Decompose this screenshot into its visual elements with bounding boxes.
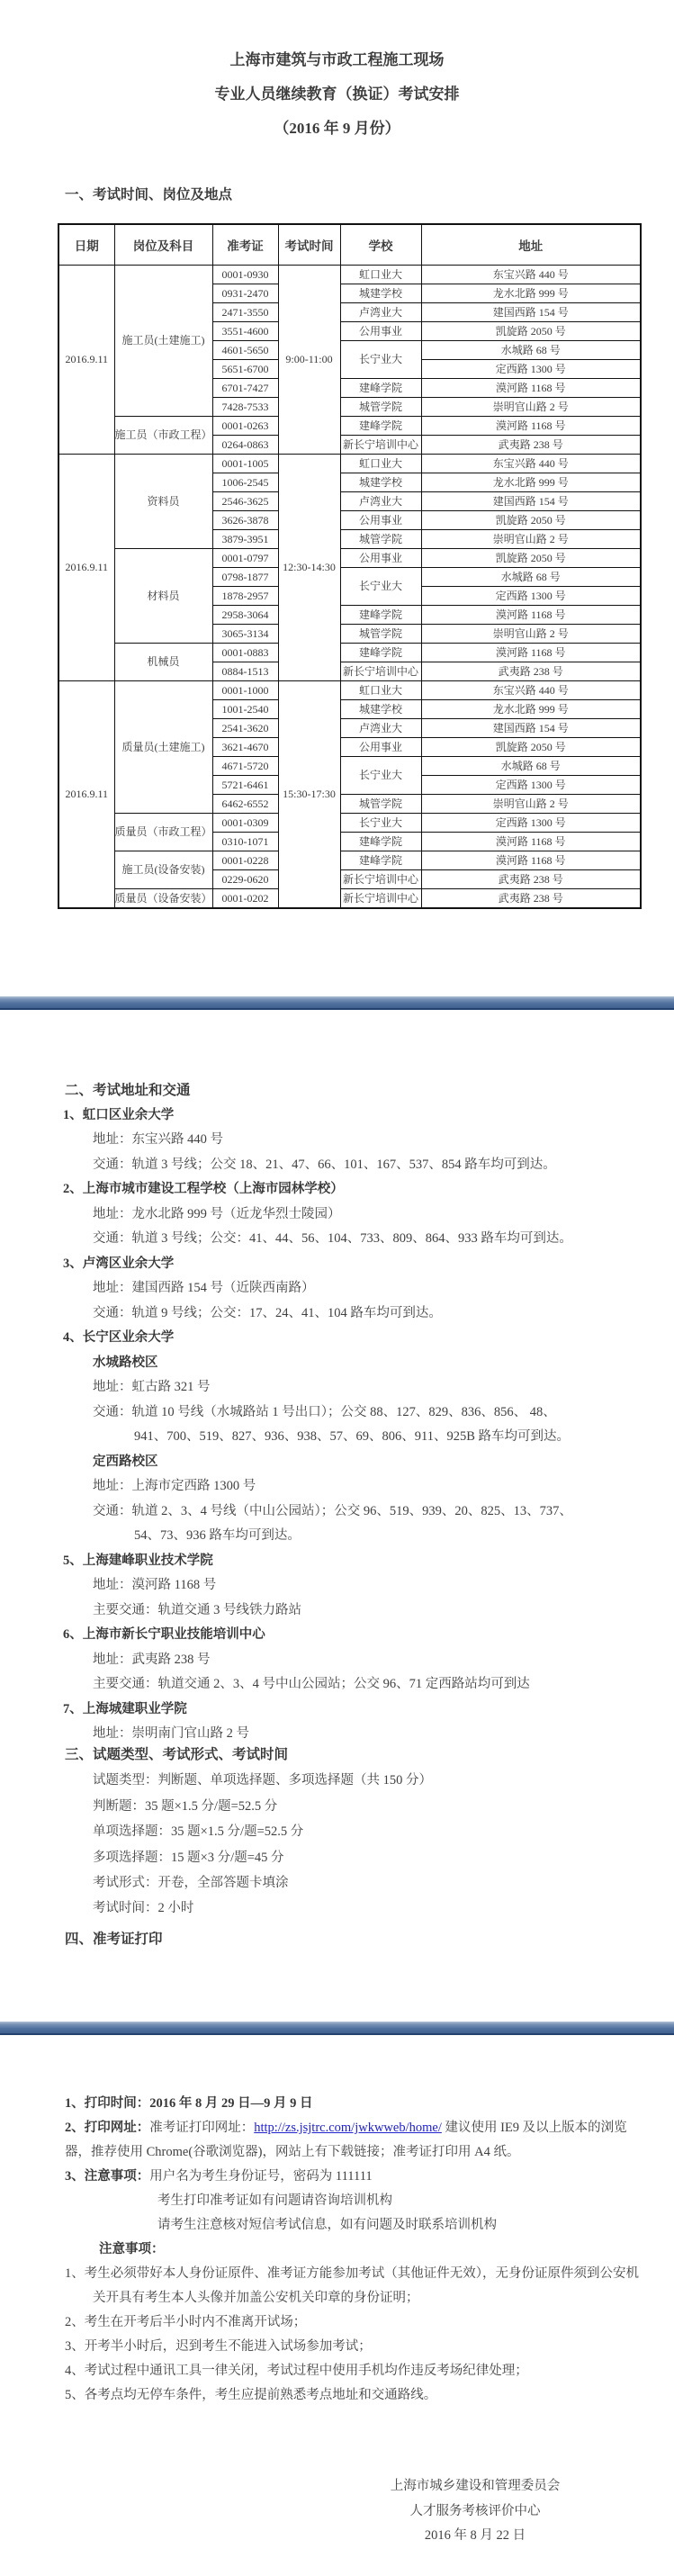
table-cell: 2546-3625 [212,492,278,511]
print-info-line: 考生打印准考证如有问题请咨询培训机构 [58,2189,648,2213]
column-header: 学校 [340,224,421,266]
table-cell: 3626-3878 [212,511,278,530]
venue-line: 地址：龙水北路 999 号（近龙华烈士陵园） [58,1202,662,1228]
table-cell: 崇明官山路 2 号 [421,530,641,549]
text-run: 3、注意事项： [65,2169,149,2184]
table-cell: 公用事业 [340,738,421,757]
table-cell: 凯旋路 2050 号 [421,511,641,530]
column-header: 考试时间 [278,224,340,266]
table-row: 质量员（市政工程）0001-0309长宁业大定西路 1300 号 [58,814,641,833]
table-cell: 3065-3134 [212,625,278,644]
document-title: 上海市建筑与市政工程施工现场 专业人员继续教育（换证）考试安排 （2016 年 … [0,43,674,146]
print-info-line: 5、各考点均无停车条件，考生应提前熟悉考点地址和交通路线。 [58,2383,648,2408]
table-cell: 东宝兴路 440 号 [421,266,641,284]
table-cell: 材料员 [114,549,212,644]
table-cell: 虹口业大 [340,266,421,284]
table-cell: 0798-1877 [212,568,278,587]
table-cell: 2541-3620 [212,719,278,738]
text-run: 1、打印时间： [65,2096,149,2111]
venue-title: 6、上海市新长宁职业技能培训中心 [58,1623,662,1648]
table-cell: 5651-6700 [212,360,278,379]
title-line-1: 上海市建筑与市政工程施工现场 [0,43,674,77]
venue-line: 交通：轨道 10 号线（水城路站 1 号出口）；公交 88、127、829、83… [58,1401,662,1426]
table-cell: 新长宁培训中心 [340,889,421,909]
table-cell: 0001-1000 [212,681,278,700]
table-cell: 定西路 1300 号 [421,587,641,606]
venue-title: 7、上海城建职业学院 [58,1698,662,1723]
venue-line: 地址：东宝兴路 440 号 [58,1128,662,1153]
table-cell: 东宝兴路 440 号 [421,681,641,700]
table-cell: 武夷路 238 号 [421,870,641,889]
section-2: 二、考试地址和交通 1、虹口区业余大学地址：东宝兴路 440 号交通：轨道 3 … [58,1078,662,1747]
table-cell: 公用事业 [340,322,421,341]
table-cell: 7428-7533 [212,398,278,417]
text-run: 考生打印准考证如有问题请咨询培训机构 [157,2193,392,2208]
text-run: 5、各考点均无停车条件，考生应提前熟悉考点地址和交通路线。 [65,2388,436,2402]
document-footer: 上海市城乡建设和管理委员会 人才服务考核评价中心 2016 年 8 月 22 日 [378,2474,572,2549]
print-info-line: 请考生注意核对短信考试信息，如有问题及时联系培训机构 [58,2213,648,2238]
table-cell: 5721-6461 [212,776,278,795]
footer-org-line-2: 人才服务考核评价中心 [378,2499,572,2525]
section-2-heading: 二、考试地址和交通 [58,1078,662,1103]
table-cell: 凯旋路 2050 号 [421,549,641,568]
venue-title: 3、卢湾区业余大学 [58,1252,662,1277]
column-header: 准考证 [212,224,278,266]
table-cell: 漠河路 1168 号 [421,833,641,851]
venue-line: 主要交通：轨道交通 2、3、4 号中山公园站；公交 96、71 定西路站均可到达 [58,1672,662,1698]
table-cell: 水城路 68 号 [421,341,641,360]
table-cell: 4671-5720 [212,757,278,776]
table-cell: 4601-5650 [212,341,278,360]
table-cell: 建国西路 154 号 [421,303,641,322]
table-cell: 施工员(土建施工) [114,266,212,417]
column-header: 日期 [58,224,114,266]
table-cell: 15:30-17:30 [278,681,340,909]
text-run: 2、考生在开考后半小时内不准离开试场； [65,2315,306,2329]
table-cell: 定西路 1300 号 [421,360,641,379]
table-cell: 建峰学院 [340,833,421,851]
table-cell: 虹口业大 [340,681,421,700]
column-header: 岗位及科目 [114,224,212,266]
table-cell: 0001-0797 [212,549,278,568]
table-row: 材料员0001-0797公用事业凯旋路 2050 号 [58,549,641,568]
section-3: 三、试题类型、考试形式、考试时间 试题类型：判断题、单项选择题、多项选择题（共 … [58,1743,662,1922]
table-cell: 新长宁培训中心 [340,870,421,889]
table-cell: 施工员（市政工程） [114,417,212,455]
venue-line: 主要交通：轨道交通 3 号线铁力路站 [58,1599,662,1624]
table-cell: 水城路 68 号 [421,568,641,587]
table-cell: 龙水北路 999 号 [421,284,641,303]
table-cell: 0884-1513 [212,662,278,681]
print-info-line: 1、考生必须带好本人身份证原件、准考证方能参加考试（其他证件无效），无身份证原件… [58,2262,648,2310]
table-cell: 2471-3550 [212,303,278,322]
table-row: 施工员（市政工程）0001-0263建峰学院漠河路 1168 号 [58,417,641,436]
table-cell: 城管学院 [340,625,421,644]
table-cell: 机械员 [114,644,212,681]
separator-bar-top [0,996,674,1010]
venue-line: 地址：漠河路 1168 号 [58,1573,662,1599]
print-info-line: 1、打印时间：2016 年 8 月 29 日—9 月 9 日 [58,2092,648,2116]
table-cell: 9:00-11:00 [278,266,340,455]
exam-format-line: 试题类型：判断题、单项选择题、多项选择题（共 150 分） [58,1768,662,1793]
table-row: 质量员（设备安装）0001-0202新长宁培训中心武夷路 238 号 [58,889,641,909]
print-info-line: 2、考生在开考后半小时内不准离开试场； [58,2310,648,2335]
venue-line: 交通：轨道 3 号线；公交：41、44、56、104、733、809、864、9… [58,1227,662,1252]
table-cell: 6462-6552 [212,795,278,814]
table-cell: 长宁业大 [340,568,421,606]
table-cell: 6701-7427 [212,379,278,398]
table-cell: 长宁业大 [340,814,421,833]
table-row: 施工员(设备安装)0001-0228建峰学院漠河路 1168 号 [58,851,641,870]
table-cell: 0310-1071 [212,833,278,851]
venue-title: 4、长宁区业余大学 [58,1326,662,1351]
table-cell: 0001-0228 [212,851,278,870]
table-cell: 新长宁培训中心 [340,436,421,455]
separator-bar-bottom [0,2022,674,2035]
venue-line: 交通：轨道 2、3、4 号线（中山公园站）；公交 96、519、939、20、8… [58,1500,662,1525]
exam-format-line: 多项选择题：15 题×3 分/题=45 分 [58,1845,662,1870]
table-cell: 3551-4600 [212,322,278,341]
table-cell: 建国西路 154 号 [421,492,641,511]
venue-line: 地址：武夷路 238 号 [58,1648,662,1673]
table-cell: 质量员（市政工程） [114,814,212,851]
print-info-line: 3、开考半小时后，迟到考生不能进入试场参加考试； [58,2335,648,2359]
footer-org-line-1: 上海市城乡建设和管理委员会 [378,2474,572,2499]
text-run: 1、考生必须带好本人身份证原件、准考证方能参加考试（其他证件无效），无身份证原件… [65,2266,639,2305]
table-cell: 公用事业 [340,511,421,530]
venue-line: 941、700、519、827、936、938、57、69、806、911、92… [58,1425,662,1450]
table-cell: 0229-0620 [212,870,278,889]
table-cell: 建峰学院 [340,851,421,870]
table-cell: 新长宁培训中心 [340,662,421,681]
title-line-3: （2016 年 9 月份） [0,112,674,146]
table-cell: 1006-2545 [212,473,278,492]
text-run: 注意事项： [99,2242,165,2256]
venue-line: 地址：建国西路 154 号（近陕西南路） [58,1276,662,1302]
table-cell: 0001-0263 [212,417,278,436]
table-cell: 城管学院 [340,398,421,417]
text-run: 2、打印网址： [65,2121,149,2135]
print-info-line: 4、考试过程中通讯工具一律关闭，考试过程中使用手机均作违反考场纪律处理； [58,2359,648,2383]
table-cell: 2016.9.11 [58,681,114,909]
table-cell: 0001-1005 [212,455,278,473]
table-cell: 0001-0883 [212,644,278,662]
table-cell: 建峰学院 [340,644,421,662]
text-run: 2016 年 8 月 29 日—9 月 9 日 [149,2096,312,2111]
venue-line: 交通：轨道 3 号线；公交 18、21、47、66、101、167、537、85… [58,1153,662,1178]
table-cell: 漠河路 1168 号 [421,606,641,625]
table-cell: 东宝兴路 440 号 [421,455,641,473]
table-cell: 长宁业大 [340,341,421,379]
venue-line: 定西路校区 [58,1450,662,1475]
table-cell: 3879-3951 [212,530,278,549]
text-run: 3、开考半小时后，迟到考生不能进入试场参加考试； [65,2339,372,2354]
table-cell: 0001-0309 [212,814,278,833]
table-cell: 施工员(设备安装) [114,851,212,889]
venue-title: 1、虹口区业余大学 [58,1103,662,1129]
exam-format-line: 考试形式：开卷，全部答题卡填涂 [58,1870,662,1896]
table-cell: 3621-4670 [212,738,278,757]
venue-line: 地址：上海市定西路 1300 号 [58,1474,662,1500]
table-cell: 0931-2470 [212,284,278,303]
exam-format-line: 判断题：35 题×1.5 分/题=52.5 分 [58,1794,662,1819]
table-cell: 武夷路 238 号 [421,889,641,909]
table-row: 2016.9.11质量员(土建施工)0001-100015:30-17:30虹口… [58,681,641,700]
table-row: 2016.9.11施工员(土建施工)0001-09309:00-11:00虹口业… [58,266,641,284]
section-4-heading: 四、准考证打印 [65,1928,163,1948]
text-run: 请考生注意核对短信考试信息，如有问题及时联系培训机构 [157,2218,497,2232]
table-cell: 卢湾业大 [340,719,421,738]
table-cell: 虹口业大 [340,455,421,473]
table-cell: 城管学院 [340,795,421,814]
table-cell: 2958-3064 [212,606,278,625]
table-cell: 漠河路 1168 号 [421,851,641,870]
table-cell: 1878-2957 [212,587,278,606]
venue-line: 水城路校区 [58,1351,662,1376]
title-line-2: 专业人员继续教育（换证）考试安排 [0,77,674,112]
exam-format-line: 单项选择题：35 题×1.5 分/题=52.5 分 [58,1819,662,1844]
table-cell: 城建学校 [340,284,421,303]
table-cell: 定西路 1300 号 [421,776,641,795]
text-run: 4、考试过程中通讯工具一律关闭，考试过程中使用手机均作违反考场纪律处理； [65,2364,528,2378]
section-3-heading: 三、试题类型、考试形式、考试时间 [58,1743,662,1768]
table-cell: 武夷路 238 号 [421,436,641,455]
table-cell: 2016.9.11 [58,455,114,681]
table-row: 2016.9.11资料员0001-100512:30-14:30虹口业大东宝兴路… [58,455,641,473]
table-cell: 0001-0930 [212,266,278,284]
table-cell: 城建学校 [340,473,421,492]
print-info-line: 3、注意事项：用户名为考生身份证号，密码为 111111 [58,2165,648,2189]
table-cell: 凯旋路 2050 号 [421,738,641,757]
table-cell: 漠河路 1168 号 [421,417,641,436]
table-cell: 卢湾业大 [340,492,421,511]
venue-line: 交通：轨道 9 号线；公交：17、24、41、104 路车均可到达。 [58,1302,662,1327]
venue-line: 地址：虹古路 321 号 [58,1375,662,1401]
table-cell: 质量员(土建施工) [114,681,212,814]
document-page: 上海市建筑与市政工程施工现场 专业人员继续教育（换证）考试安排 （2016 年 … [0,0,674,2576]
venue-title: 2、上海市城市建设工程学校（上海市园林学校） [58,1177,662,1202]
table-cell: 武夷路 238 号 [421,662,641,681]
section-1-heading: 一、考试时间、岗位及地点 [65,184,232,203]
table-row: 机械员0001-0883建峰学院漠河路 1168 号 [58,644,641,662]
table-cell: 龙水北路 999 号 [421,473,641,492]
table-cell: 2016.9.11 [58,266,114,455]
table-cell: 崇明官山路 2 号 [421,398,641,417]
table-cell: 公用事业 [340,549,421,568]
text-run: 准考证打印网址： [149,2121,254,2135]
table-cell: 0001-0202 [212,889,278,909]
table-cell: 漠河路 1168 号 [421,644,641,662]
table-cell: 建国西路 154 号 [421,719,641,738]
print-info-block: 1、打印时间：2016 年 8 月 29 日—9 月 9 日2、打印网址：准考证… [58,2092,648,2408]
table-cell: 0264-0863 [212,436,278,455]
table-cell: 质量员（设备安装） [114,889,212,909]
table-cell: 龙水北路 999 号 [421,700,641,719]
exam-table: 日期岗位及科目准考证考试时间学校地址2016.9.11施工员(土建施工)0001… [58,223,642,909]
table-cell: 崇明官山路 2 号 [421,795,641,814]
text-run: 用户名为考生身份证号，密码为 111111 [149,2169,372,2184]
table-cell: 凯旋路 2050 号 [421,322,641,341]
table-cell: 资料员 [114,455,212,549]
footer-date: 2016 年 8 月 22 日 [378,2524,572,2549]
table-cell: 城建学校 [340,700,421,719]
table-cell: 定西路 1300 号 [421,814,641,833]
table-header-row: 日期岗位及科目准考证考试时间学校地址 [58,224,641,266]
section-2-body: 1、虹口区业余大学地址：东宝兴路 440 号交通：轨道 3 号线；公交 18、2… [58,1103,662,1747]
print-info-line: 2、打印网址：准考证打印网址：http://zs.jsjtrc.com/jwkw… [58,2116,648,2165]
table-cell: 长宁业大 [340,757,421,795]
table-cell: 12:30-14:30 [278,455,340,681]
table-cell: 水城路 68 号 [421,757,641,776]
venue-title: 5、上海建峰职业技术学院 [58,1549,662,1574]
table-cell: 建峰学院 [340,417,421,436]
column-header: 地址 [421,224,641,266]
table-cell: 漠河路 1168 号 [421,379,641,398]
venue-line: 54、73、936 路车均可到达。 [58,1524,662,1549]
table-cell: 崇明官山路 2 号 [421,625,641,644]
table-cell: 1001-2540 [212,700,278,719]
table-cell: 建峰学院 [340,606,421,625]
admission-ticket-print-link[interactable]: http://zs.jsjtrc.com/jwkwweb/home/ [254,2121,442,2135]
print-info-line: 注意事项： [58,2238,648,2262]
section-3-body: 试题类型：判断题、单项选择题、多项选择题（共 150 分）判断题：35 题×1.… [58,1768,662,1921]
table-cell: 建峰学院 [340,379,421,398]
table-cell: 卢湾业大 [340,303,421,322]
exam-format-line: 考试时间：2 小时 [58,1896,662,1921]
table-cell: 城管学院 [340,530,421,549]
